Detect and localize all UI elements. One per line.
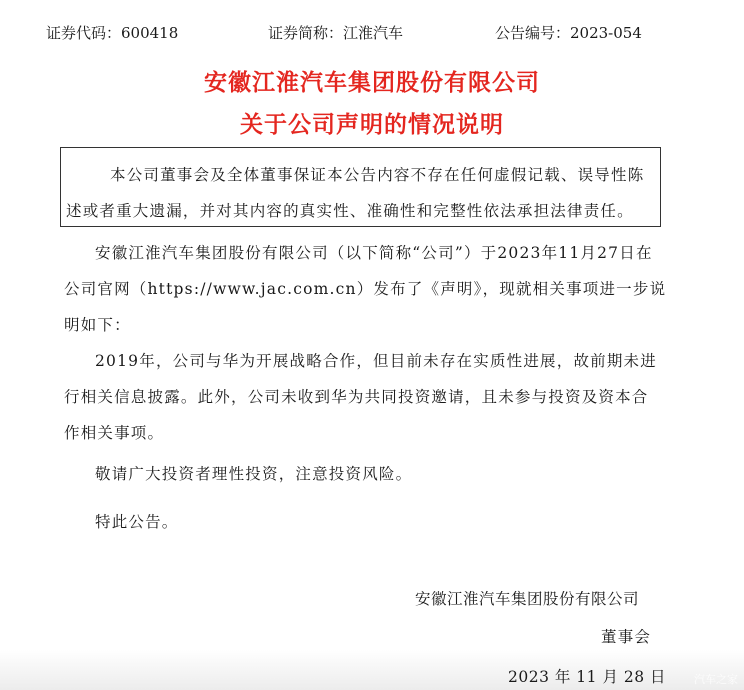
paragraph-4: 特此公告。 bbox=[95, 510, 179, 532]
paragraph-1-line2: 公司官网（https://www.jac.com.cn）发布了《声明》，现就相关… bbox=[64, 277, 666, 299]
document-title-line1: 安徽江淮汽车集团股份有限公司 bbox=[0, 64, 744, 97]
paragraph-2-line2: 行相关信息披露。此外，公司未收到华为共同投资邀请，且未参与投资及资本合 bbox=[64, 385, 649, 407]
signature-date: 2023 年 11 月 28 日 bbox=[508, 665, 666, 687]
header-stock-name: 证券简称：江淮汽车 bbox=[268, 22, 403, 43]
paragraph-2-line3: 作相关事项。 bbox=[64, 421, 164, 443]
header-notice-number: 公告编号：2023-054 bbox=[495, 22, 642, 43]
document-title-line2: 关于公司声明的情况说明 bbox=[0, 106, 744, 139]
paragraph-3: 敬请广大投资者理性投资，注意投资风险。 bbox=[95, 462, 412, 484]
disclaimer-line1: 本公司董事会及全体董事保证本公告内容不存在任何虚假记载、误导性陈 bbox=[110, 163, 644, 185]
paragraph-1-line3: 明如下： bbox=[64, 313, 131, 335]
paragraph-1-line1: 安徽江淮汽车集团股份有限公司（以下简称“公司”）于2023年11月27日在 bbox=[95, 241, 653, 263]
signature-board: 董事会 bbox=[601, 625, 651, 647]
watermark: 汽车之家 bbox=[694, 671, 738, 687]
header-stock-code: 证券代码：600418 bbox=[46, 22, 178, 43]
paragraph-2-line1: 2019年，公司与华为开展战略合作，但目前未存在实质性进展，故前期未进 bbox=[95, 349, 657, 371]
signature-company: 安徽江淮汽车集团股份有限公司 bbox=[415, 587, 639, 609]
disclaimer-line2: 述或者重大遗漏，并对其内容的真实性、准确性和完整性依法承担法律责任。 bbox=[66, 199, 634, 221]
